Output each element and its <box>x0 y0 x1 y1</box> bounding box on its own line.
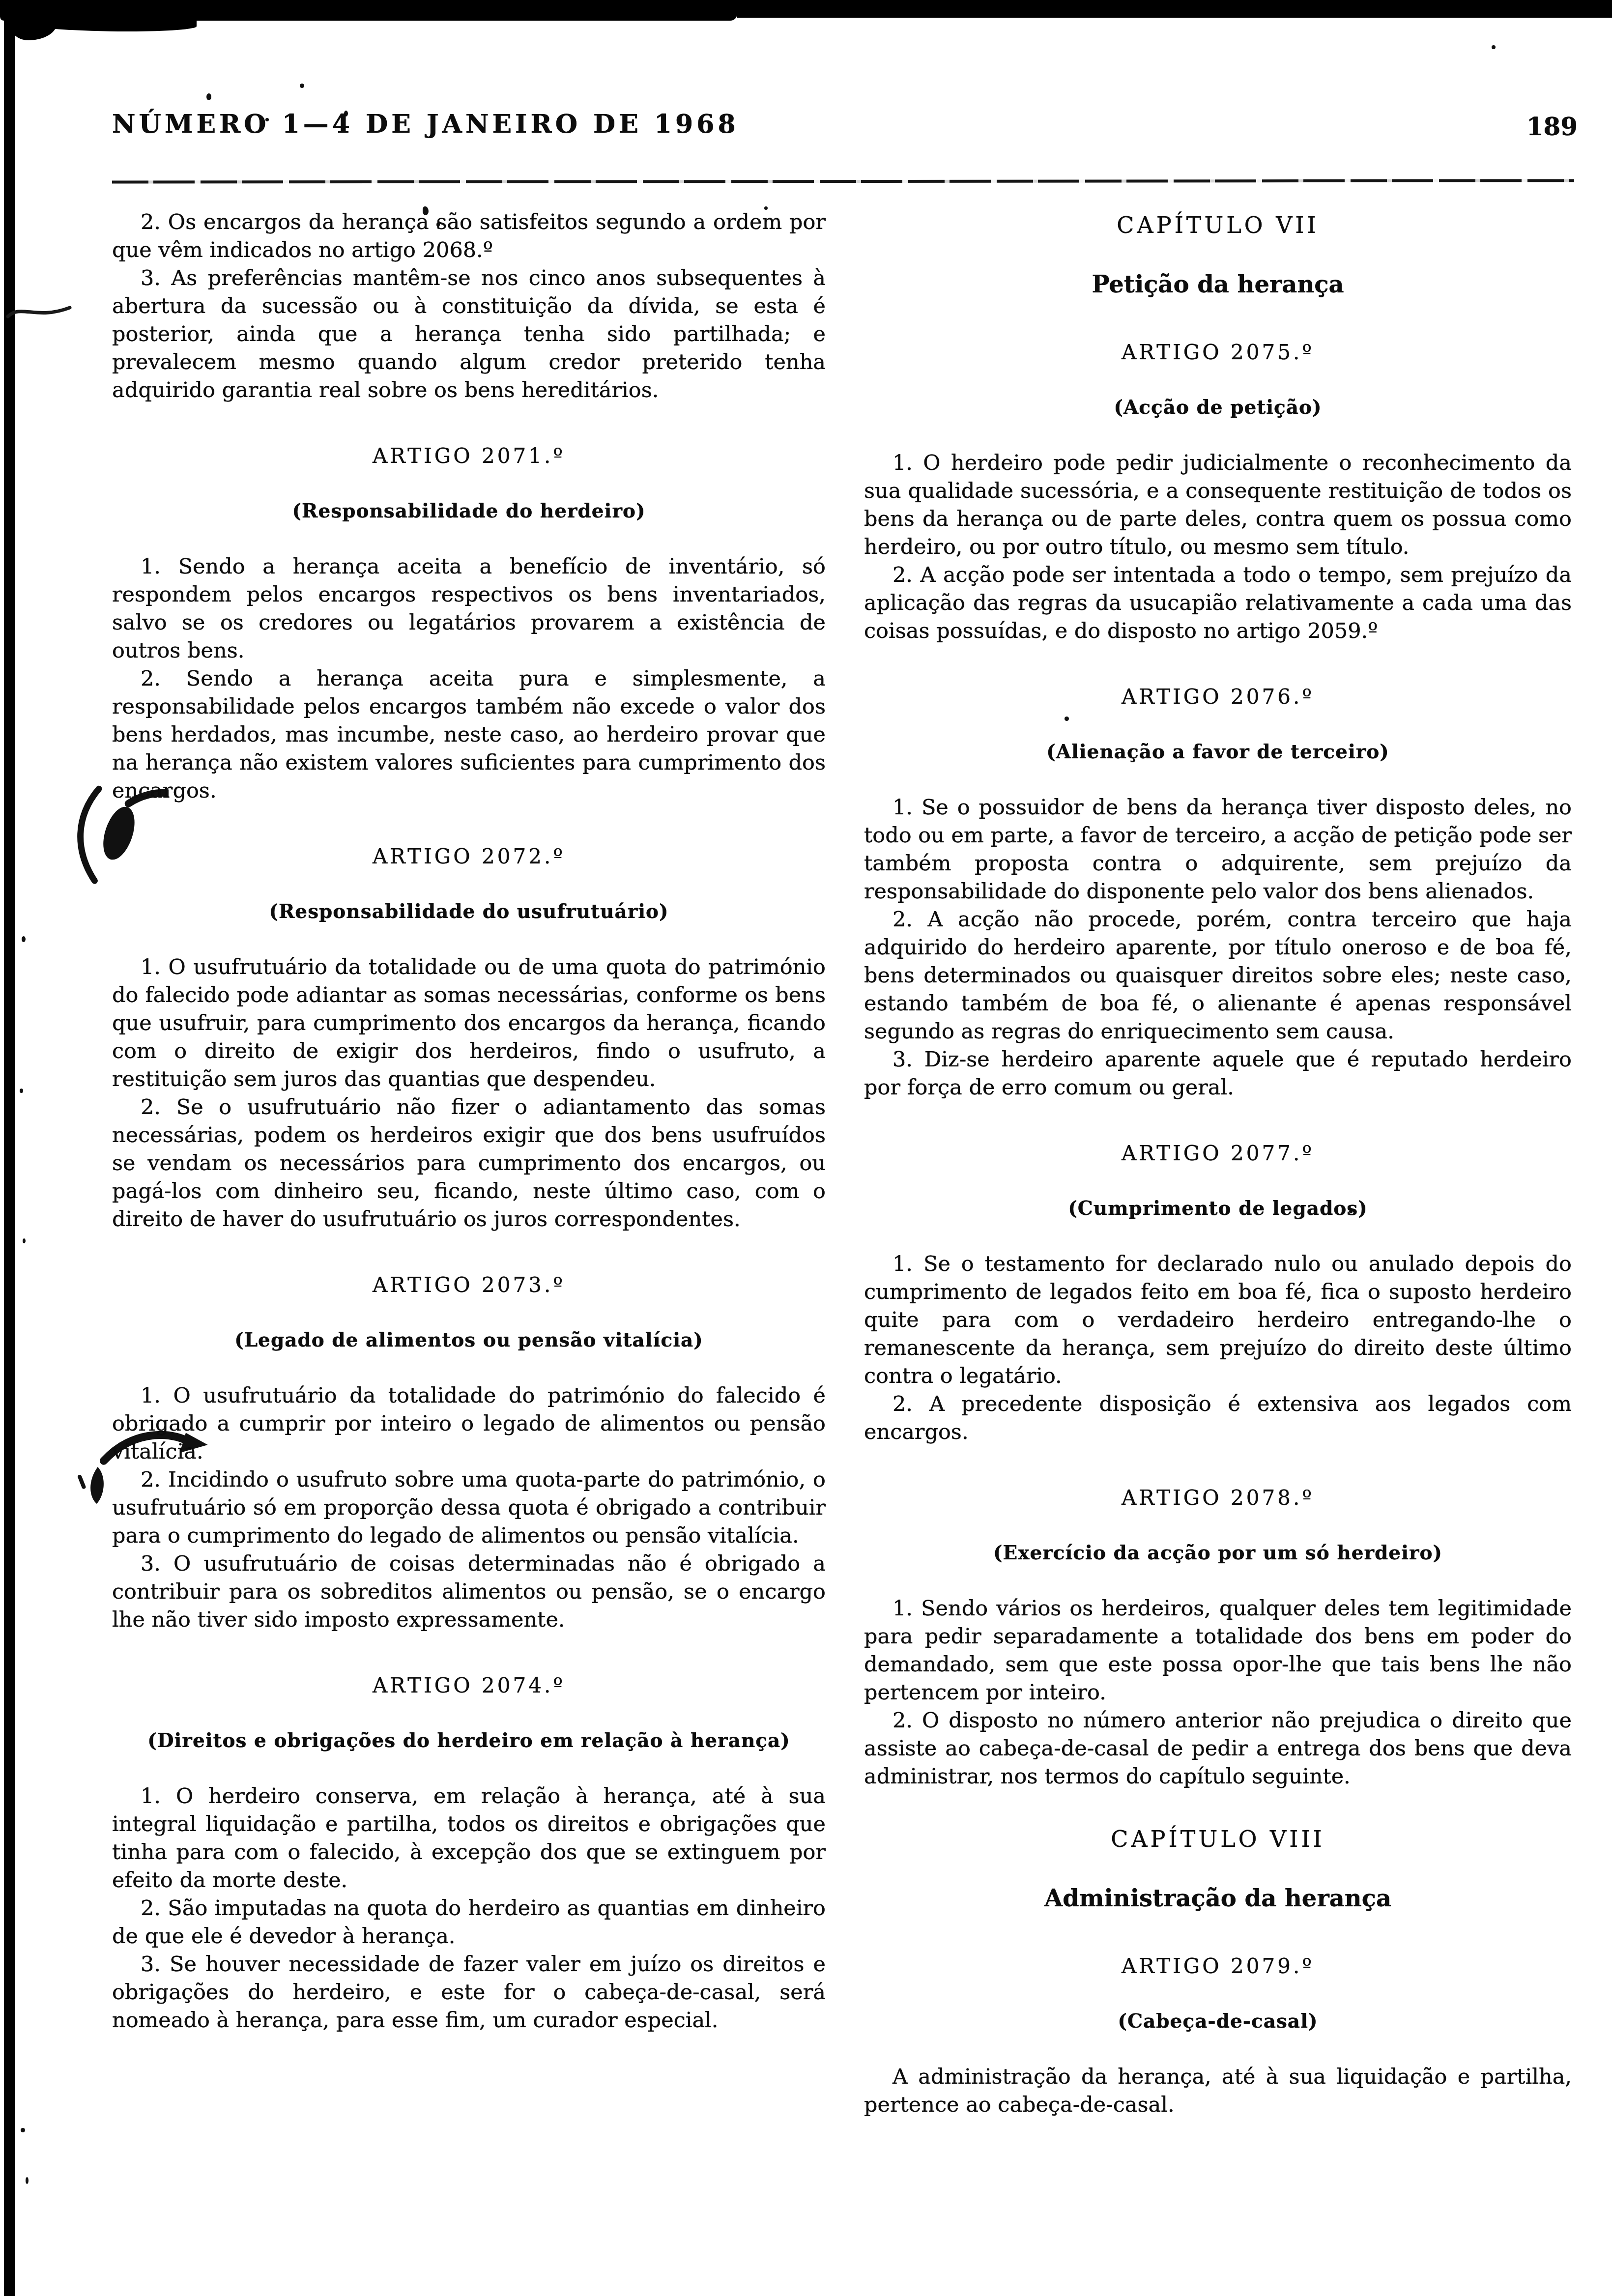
article-subtitle: (Direitos e obrigações do herdeiro em re… <box>112 1727 826 1755</box>
article-subtitle: (Responsabilidade do herdeiro) <box>112 497 826 525</box>
ink-speck <box>26 2177 29 2184</box>
body-paragraph: 2. A acção pode ser intentada a todo o t… <box>864 561 1572 645</box>
body-paragraph: 2. Incidindo o usufruto sobre uma quota-… <box>112 1466 826 1550</box>
body-paragraph: 2. Sendo a herança aceita pura e simples… <box>112 665 826 805</box>
body-paragraph: A administração da herança, até à sua li… <box>864 2063 1572 2119</box>
article-heading: ARTIGO 2079.º <box>864 1952 1572 1980</box>
body-paragraph: 2. Se o usufrutuário não fizer o adianta… <box>112 1093 826 1234</box>
body-paragraph: 2. A acção não procede, porém, contra te… <box>864 906 1572 1046</box>
body-paragraph: 3. As preferências mantêm-se nos cinco a… <box>112 264 826 404</box>
header-rule <box>112 179 1574 183</box>
body-paragraph: 2. Os encargos da herança são satisfeito… <box>112 208 826 264</box>
column-left: 2. Os encargos da herança são satisfeito… <box>112 208 826 2035</box>
body-paragraph: 3. Diz-se herdeiro aparente aquele que é… <box>864 1046 1572 1102</box>
ink-speck <box>1492 45 1496 49</box>
article-heading: ARTIGO 2078.º <box>864 1484 1572 1512</box>
chapter-title: Administração da herança <box>864 1885 1572 1913</box>
body-paragraph: 1. O herdeiro pode pedir judicialmente o… <box>864 449 1572 561</box>
article-subtitle: (Cabeça-de-casal) <box>864 2008 1572 2036</box>
page-number: 189 <box>1514 112 1578 141</box>
scanned-page: NÚMERO 1—4 DE JANEIRO DE 1968 189 2. Os … <box>0 0 1612 2296</box>
body-paragraph: 1. Sendo vários os herdeiros, qualquer d… <box>864 1595 1572 1707</box>
article-heading: ARTIGO 2077.º <box>864 1139 1572 1167</box>
ink-speck <box>23 1238 26 1243</box>
article-heading: ARTIGO 2076.º <box>864 683 1572 711</box>
body-paragraph: 1. Se o testamento for declarado nulo ou… <box>864 1250 1572 1390</box>
article-heading: ARTIGO 2075.º <box>864 338 1572 366</box>
article-heading: ARTIGO 2071.º <box>112 442 826 470</box>
chapter-heading: CAPÍTULO VII <box>864 211 1572 239</box>
body-paragraph: 1. Se o possuidor de bens da herança tiv… <box>864 794 1572 906</box>
article-subtitle: (Legado de alimentos ou pensão vitalícia… <box>112 1326 826 1354</box>
body-paragraph: 3. O usufrutuário de coisas determinadas… <box>112 1550 826 1634</box>
ink-speck <box>206 93 211 100</box>
body-paragraph: 1. O usufrutuário da totalidade ou de um… <box>112 953 826 1093</box>
article-heading: ARTIGO 2073.º <box>112 1271 826 1299</box>
ink-speck <box>21 2128 25 2132</box>
ink-speck <box>20 1089 23 1093</box>
ink-speck <box>300 84 304 88</box>
body-paragraph: 2. São imputadas na quota do herdeiro as… <box>112 1894 826 1951</box>
scan-corner-blob <box>13 13 57 40</box>
body-paragraph: 2. O disposto no número anterior não pre… <box>864 1707 1572 1791</box>
article-heading: ARTIGO 2074.º <box>112 1671 826 1699</box>
article-subtitle: (Acção de petição) <box>864 394 1572 422</box>
ink-speck <box>22 936 26 942</box>
article-subtitle: (Exercício da acção por um só herdeiro) <box>864 1539 1572 1567</box>
handwritten-margin-squiggle <box>5 295 74 329</box>
body-paragraph: 1. Sendo a herança aceita a benefício de… <box>112 553 826 665</box>
body-paragraph: 3. Se houver necessidade de fazer valer … <box>112 1951 826 2035</box>
body-paragraph: 2. A precedente disposição é extensiva a… <box>864 1390 1572 1446</box>
article-heading: ARTIGO 2072.º <box>112 842 826 870</box>
scan-top-edge-irregular <box>737 13 1612 18</box>
body-paragraph: 1. O usufrutuário da totalidade do patri… <box>112 1382 826 1466</box>
page-header-issue: NÚMERO 1—4 DE JANEIRO DE 1968 <box>112 109 739 139</box>
article-subtitle: (Responsabilidade do usufrutuário) <box>112 898 826 926</box>
chapter-title: Petição da herança <box>864 271 1572 299</box>
article-subtitle: (Cumprimento de legados) <box>864 1195 1572 1223</box>
chapter-heading: CAPÍTULO VIII <box>864 1825 1572 1853</box>
scan-left-edge <box>4 0 15 2296</box>
body-paragraph: 1. O herdeiro conserva, em relação à her… <box>112 1782 826 1894</box>
article-subtitle: (Alienação a favor de terceiro) <box>864 738 1572 766</box>
column-right: CAPÍTULO VII Petição da herança ARTIGO 2… <box>864 208 1572 2119</box>
